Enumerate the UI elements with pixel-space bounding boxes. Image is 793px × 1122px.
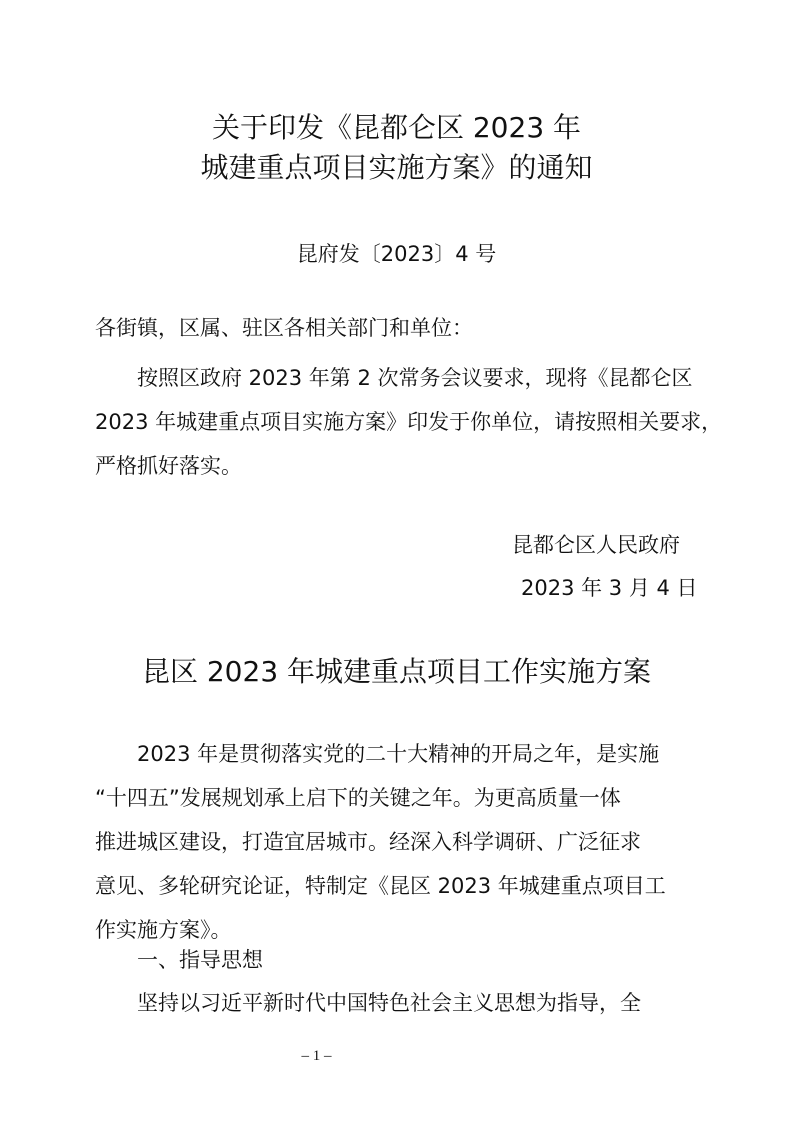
plan-intro-line-4: 意见、多轮研究论证，特制定《昆区 2023 年城建重点项目工 <box>95 870 666 900</box>
notice-body-line-2: 2023 年城建重点项目实施方案》印发于你单位，请按照相关要求， <box>95 406 722 436</box>
notice-title-line-1: 关于印发《昆都仑区 2023 年 <box>0 106 793 146</box>
notice-body-line-1: 按照区政府 2023 年第 2 次常务会议要求，现将《昆都仑区 <box>137 362 693 392</box>
plan-intro-line-2: “十四五”发展规划承上启下的关键之年。为更高质量一体 <box>95 782 621 812</box>
plan-intro-line-1: 2023 年是贯彻落实党的二十大精神的开局之年，是实施 <box>137 738 659 768</box>
plan-intro-line-5: 作实施方案》。 <box>95 914 232 944</box>
plan-title: 昆区 2023 年城建重点项目工作实施方案 <box>0 650 793 690</box>
notice-title-line-2: 城建重点项目实施方案》的通知 <box>0 146 793 186</box>
addressee: 各街镇，区属、驻区各相关部门和单位： <box>95 312 473 342</box>
section-1-heading: 一、指导思想 <box>137 944 263 974</box>
signature-issuer: 昆都仑区人民政府 <box>512 529 680 559</box>
signature-date: 2023 年 3 月 4 日 <box>521 572 698 602</box>
notice-body-line-3: 严格抓好落实。 <box>95 450 242 480</box>
plan-intro-line-3: 推进城区建设，打造宜居城市。经深入科学调研、广泛征求 <box>95 826 641 856</box>
section-1-first-line: 坚持以习近平新时代中国特色社会主义思想为指导，全 <box>137 987 641 1017</box>
page-number: – 1 – <box>0 1048 713 1065</box>
document-number: 昆府发〔2023〕4 号 <box>0 238 793 268</box>
